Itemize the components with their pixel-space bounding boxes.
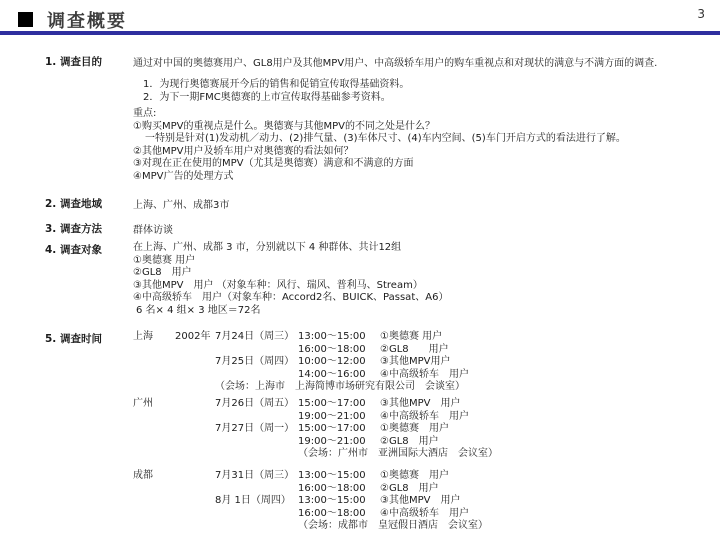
title-divider bbox=[0, 31, 720, 35]
region-value: 上海、广州、成都3市 bbox=[133, 196, 229, 211]
purpose-goals: 1．为现行奥德赛展开今后的销售和促销宣传取得基础资料。 2．为下一期FMC奥德赛… bbox=[143, 79, 409, 104]
schedule-group: ③其他MPV 用户 bbox=[380, 495, 460, 508]
schedule-city: 成都 bbox=[133, 470, 175, 483]
schedule-time: 15:00～17:00 bbox=[298, 398, 380, 411]
subjects-group: ①奥德赛 用户 bbox=[133, 255, 448, 268]
schedule-venue: （会场：成都市 皇冠假日酒店 会议室） bbox=[133, 520, 488, 533]
purpose-goal: 1．为现行奥德赛展开今后的销售和促销宣传取得基础资料。 bbox=[143, 79, 409, 92]
schedule-row: 16:00～18:00②GL8 用户 bbox=[133, 344, 469, 357]
purpose-focus-item: 一特别是针对(1)发动机／动力、(2)排气量、(3)车体尺寸、(4)车内空间、(… bbox=[133, 133, 626, 146]
schedule-time: 14:00～16:00 bbox=[298, 369, 380, 382]
schedule-date: 7月25日（周四） bbox=[215, 356, 298, 369]
schedule-time: 13:00～15:00 bbox=[298, 470, 380, 483]
schedule-group: ④中高级轿车 用户 bbox=[380, 508, 469, 521]
schedule-row: 上海2002年7月24日（周三）13:00～15:00①奥德赛 用户 bbox=[133, 331, 469, 344]
schedule-time: 10:00～12:00 bbox=[298, 356, 380, 369]
schedule-group: ①奥德赛 用户 bbox=[380, 331, 442, 344]
schedule-time: 19:00～21:00 bbox=[298, 411, 380, 424]
schedule-date: 7月26日（周五） bbox=[215, 398, 298, 411]
schedule-group: ②GL8 用户 bbox=[380, 344, 449, 357]
schedule-row: 成都7月31日（周三）13:00～15:00①奥德赛 用户 bbox=[133, 470, 488, 483]
page-number: 3 bbox=[697, 7, 705, 21]
schedule-row: 16:00～18:00④中高级轿车 用户 bbox=[133, 508, 488, 521]
subjects-group: ④中高级轿车 用户（对象车种：Accord2名、BUICK、Passat、A6） bbox=[133, 292, 448, 305]
schedule-row: 7月27日（周一）15:00～17:00①奥德赛 用户 bbox=[133, 423, 498, 436]
schedule-time: 16:00～18:00 bbox=[298, 344, 380, 357]
purpose-focus-title: 重点: bbox=[133, 108, 626, 121]
section-label-subjects: 4. 调查对象 bbox=[45, 242, 102, 257]
schedule-group: ①奥德赛 用户 bbox=[380, 470, 449, 483]
schedule-venue: （会场：广州市 亚洲国际大酒店 会议室） bbox=[133, 448, 498, 461]
schedule-time: 13:00～15:00 bbox=[298, 495, 380, 508]
schedule-date: 7月24日（周三） bbox=[215, 331, 298, 344]
section-label-method: 3. 调查方法 bbox=[45, 221, 102, 236]
schedule-time: 15:00～17:00 bbox=[298, 423, 380, 436]
schedule-group: ③其他MPV 用户 bbox=[380, 398, 460, 411]
title-bullet-icon bbox=[18, 12, 33, 27]
schedule-city-block-shanghai: 上海2002年7月24日（周三）13:00～15:00①奥德赛 用户 16:00… bbox=[133, 331, 469, 394]
schedule-city-block-guangzhou: 广州7月26日（周五）15:00～17:00③其他MPV 用户 19:00～21… bbox=[133, 398, 498, 461]
schedule-group: ③其他MPV用户 bbox=[380, 356, 450, 369]
schedule-row: 7月25日（周四）10:00～12:00③其他MPV用户 bbox=[133, 356, 469, 369]
purpose-focus-item: ③对现在正在使用的MPV（尤其是奥德赛）满意和不满意的方面 bbox=[133, 158, 626, 171]
schedule-row: 19:00～21:00④中高级轿车 用户 bbox=[133, 411, 498, 424]
purpose-focus-item: ①购买MPV的重视点是什么。奥德赛与其他MPV的不同之处是什么？ bbox=[133, 121, 626, 134]
schedule-city-block-chengdu: 成都7月31日（周三）13:00～15:00①奥德赛 用户 16:00～18:0… bbox=[133, 470, 488, 533]
schedule-date: 7月27日（周一） bbox=[215, 423, 298, 436]
page-title: 调查概要 bbox=[47, 7, 127, 33]
purpose-intro: 通过对中国的奥德赛用户、GL8用户及其他MPV用户、中高级轿车用户的购车重视点和… bbox=[133, 54, 657, 69]
section-label-schedule: 5. 调查时间 bbox=[45, 331, 102, 346]
schedule-time: 19:00～21:00 bbox=[298, 436, 380, 449]
purpose-focus: 重点: ①购买MPV的重视点是什么。奥德赛与其他MPV的不同之处是什么？ 一特别… bbox=[133, 108, 626, 183]
schedule-row: 8月 1日（周四）13:00～15:00③其他MPV 用户 bbox=[133, 495, 488, 508]
schedule-group: ②GL8 用户 bbox=[380, 436, 439, 449]
schedule-date: 7月31日（周三） bbox=[215, 470, 298, 483]
schedule-row: 16:00～18:00②GL8 用户 bbox=[133, 483, 488, 496]
schedule-row: 广州7月26日（周五）15:00～17:00③其他MPV 用户 bbox=[133, 398, 498, 411]
schedule-venue: （会场：上海市 上海简博市场研究有限公司 会谈室） bbox=[133, 381, 469, 394]
schedule-group: ④中高级轿车 用户 bbox=[380, 369, 469, 382]
purpose-focus-item: ②其他MPV用户及轿车用户对奥德赛的看法如何？ bbox=[133, 146, 626, 159]
schedule-time: 16:00～18:00 bbox=[298, 508, 380, 521]
schedule-date: 8月 1日（周四） bbox=[215, 495, 298, 508]
purpose-goal: 2．为下一期FMC奥德赛的上市宣传取得基础参考资料。 bbox=[143, 92, 409, 105]
schedule-time: 16:00～18:00 bbox=[298, 483, 380, 496]
schedule-time: 13:00～15:00 bbox=[298, 331, 380, 344]
schedule-row: 14:00～16:00④中高级轿车 用户 bbox=[133, 369, 469, 382]
slide: 调查概要 3 1. 调查目的 通过对中国的奥德赛用户、GL8用户及其他MPV用户… bbox=[0, 0, 720, 540]
schedule-city: 上海 bbox=[133, 331, 175, 344]
schedule-group: ①奥德赛 用户 bbox=[380, 423, 449, 436]
section-label-region: 2. 调查地域 bbox=[45, 196, 102, 211]
subjects-total: 6 名× 4 组× 3 地区＝72名 bbox=[133, 305, 448, 318]
subjects-block: 在上海、广州、成都 3 市，分别就以下 4 种群体、共计12组 ①奥德赛 用户 … bbox=[133, 242, 448, 317]
section-label-purpose: 1. 调查目的 bbox=[45, 54, 102, 69]
subjects-group: ②GL8 用户 bbox=[133, 267, 448, 280]
schedule-row: 19:00～21:00②GL8 用户 bbox=[133, 436, 498, 449]
schedule-city: 广州 bbox=[133, 398, 175, 411]
purpose-focus-item: ④MPV广告的处理方式 bbox=[133, 171, 626, 184]
method-value: 群体访谈 bbox=[133, 221, 173, 236]
subjects-group: ③其他MPV 用户 （对象车种：风行、瑞风、普利马、Stream） bbox=[133, 280, 448, 293]
subjects-intro: 在上海、广州、成都 3 市，分别就以下 4 种群体、共计12组 bbox=[133, 242, 448, 255]
schedule-group: ④中高级轿车 用户 bbox=[380, 411, 469, 424]
schedule-group: ②GL8 用户 bbox=[380, 483, 439, 496]
schedule-year: 2002年 bbox=[175, 331, 215, 344]
